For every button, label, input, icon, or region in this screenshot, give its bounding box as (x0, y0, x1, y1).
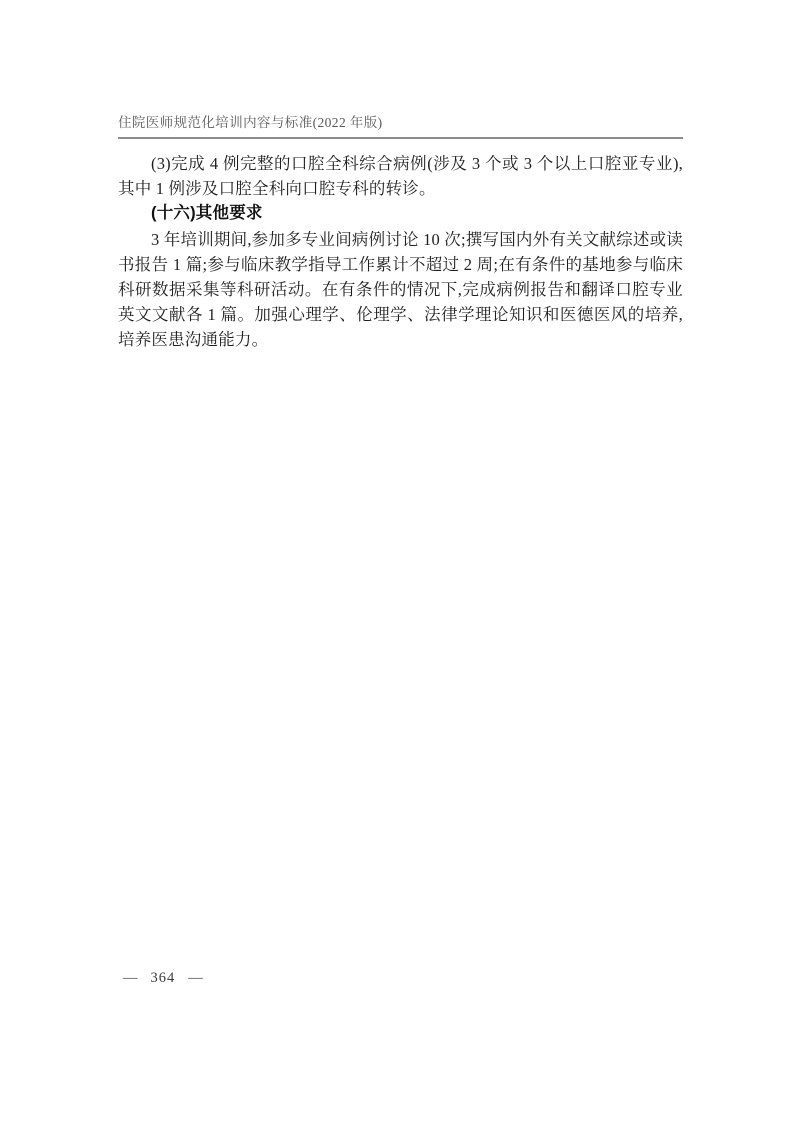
document-page: 住院医师规范化培训内容与标准(2022 年版) (3)完成 4 例完整的口腔全科… (0, 0, 800, 1131)
header-rule-divider (118, 137, 683, 139)
page-footer: — 364 — (123, 970, 203, 987)
running-header-title: 住院医师规范化培训内容与标准(2022 年版) (118, 114, 683, 132)
section-heading-other-requirements: (十六)其他要求 (118, 201, 683, 226)
paragraph-case-requirement: (3)完成 4 例完整的口腔全科综合病例(涉及 3 个或 3 个以上口腔亚专业)… (118, 151, 683, 201)
footer-right-dash: — (188, 970, 203, 987)
footer-left-dash: — (123, 970, 138, 987)
page-number: 364 (151, 970, 176, 987)
paragraph-training-requirements: 3 年培训期间,参加多专业间病例讨论 10 次;撰写国内外有关文献综述或读书报告… (118, 227, 683, 353)
page-body: (3)完成 4 例完整的口腔全科综合病例(涉及 3 个或 3 个以上口腔亚专业)… (118, 151, 683, 353)
